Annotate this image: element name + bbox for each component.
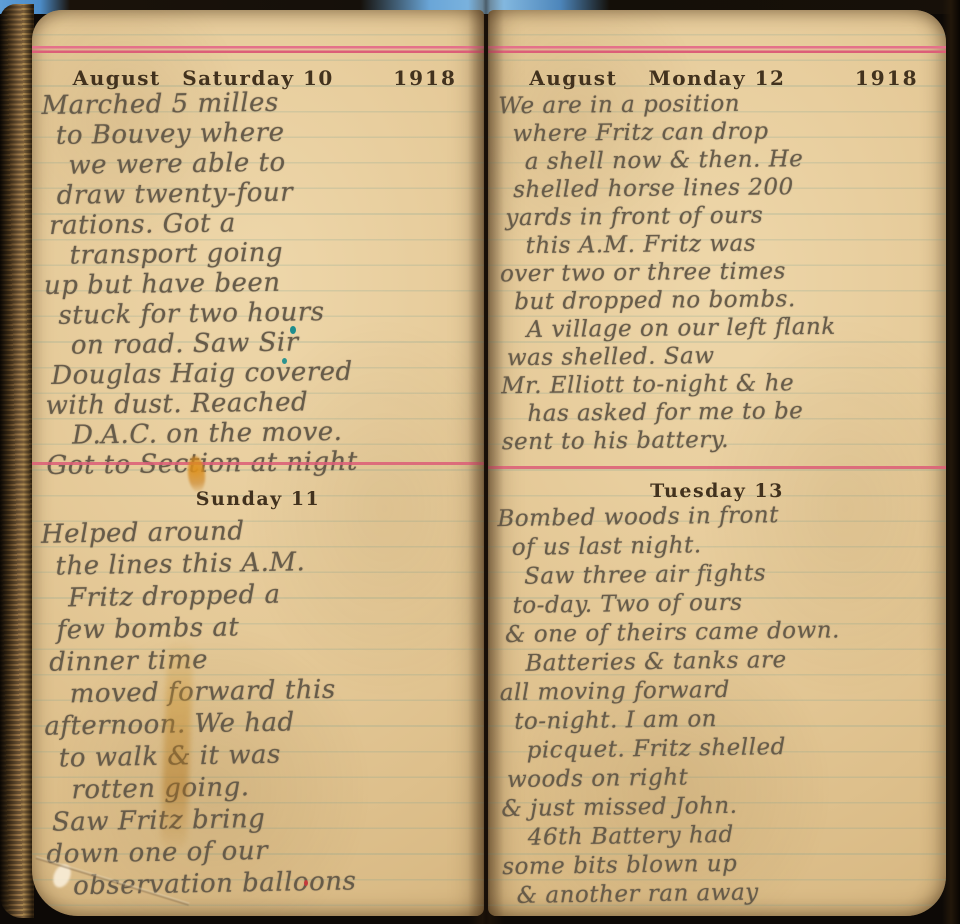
ink-speck [290, 326, 296, 334]
ink-speck [304, 880, 308, 886]
handwriting-line: where Fritz can drop [512, 116, 940, 148]
mid-red-rule [488, 466, 946, 469]
diary-entry-monday-12: We are in a positionwhere Fritz can drop… [498, 88, 944, 457]
diary-entry-sunday-11: Helped aroundthe lines this A.M.Fritz dr… [41, 511, 484, 903]
handwriting-line: a shell now & then. He [525, 144, 941, 176]
page-stack-edge-left [0, 4, 34, 918]
header-month: August [529, 66, 617, 90]
handwriting-line: this A.M. Fritz was [526, 228, 942, 260]
header-month: August [73, 66, 161, 90]
header-day: Monday 12 [649, 66, 786, 90]
handwriting-line: but dropped no bombs. [514, 284, 942, 316]
diary-entry-tuesday-13: Bombed woods in frontof us last night.Sa… [497, 499, 945, 911]
diary-page-left: August Saturday 10 1918 Marched 5 milles… [32, 10, 484, 916]
handwriting-line: sent to his battery. [502, 424, 944, 457]
ink-speck [282, 358, 287, 364]
handwriting-line: has asked for me to be [527, 396, 943, 428]
header-day2: Tuesday 13 [650, 480, 784, 502]
handwriting-line: shelled horse lines 200 [513, 172, 941, 204]
diary-scan: August Saturday 10 1918 Marched 5 milles… [0, 0, 960, 924]
header-year: 1918 [855, 66, 919, 90]
header-day2: Sunday 11 [196, 488, 321, 510]
handwriting-line: & another ran away [516, 876, 944, 911]
handwriting-line: yards in front of ours [505, 200, 941, 233]
handwriting-line: observation balloons [73, 863, 483, 902]
mid-red-rule [32, 462, 484, 465]
diary-page-right: August Monday 12 1918 We are in a positi… [488, 10, 946, 916]
top-red-rule [32, 46, 484, 54]
handwriting-line: A village on our left flank [526, 312, 942, 344]
diary-entry-saturday-10: Marched 5 millesto Bouvey wherewe were a… [41, 85, 482, 481]
top-red-rule [488, 46, 946, 54]
